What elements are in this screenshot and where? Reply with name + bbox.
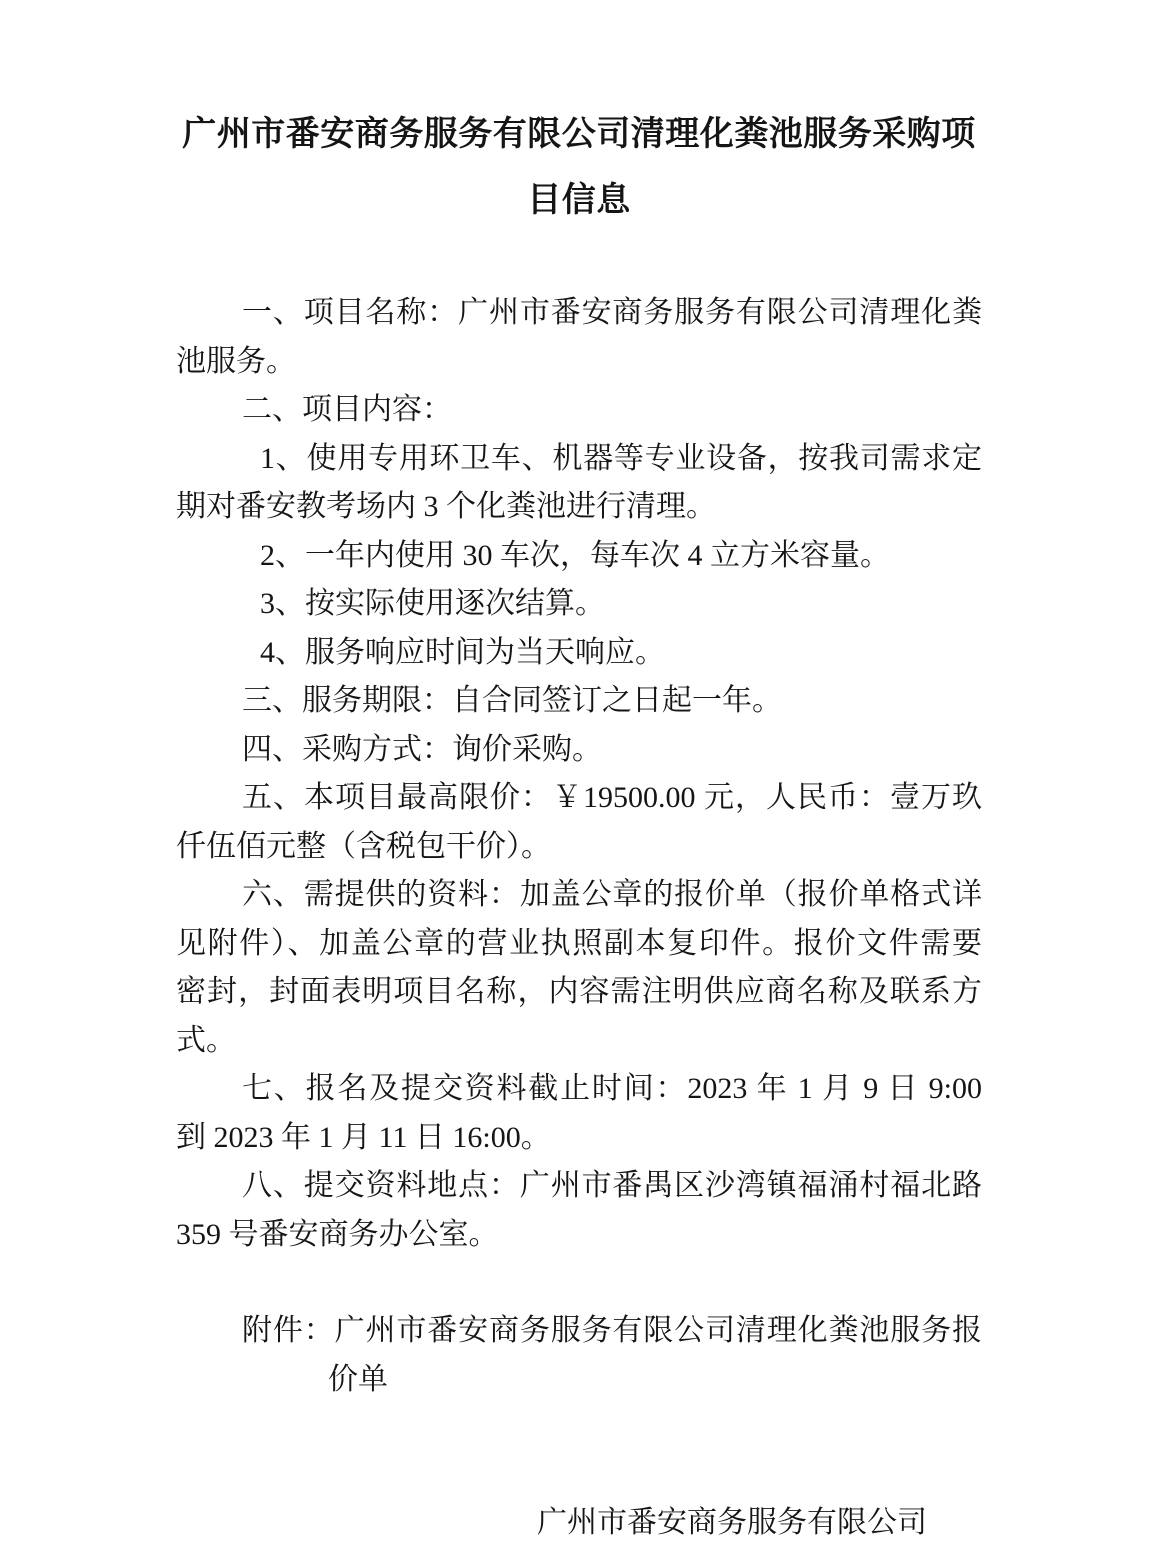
text-line: 五、本项目最高限价：￥19500.00 元，人民币：壹万玖	[176, 774, 982, 823]
text-line: 到 2023 年 1 月 11 日 16:00。	[176, 1114, 982, 1163]
text-line: 四、采购方式：询价采购。	[176, 726, 982, 775]
text-line: 4、服务响应时间为当天响应。	[176, 629, 982, 678]
text-line: 二、项目内容：	[176, 386, 982, 435]
text-line: 2、一年内使用 30 车次，每车次 4 立方米容量。	[176, 532, 982, 581]
document-title: 广州市番安商务服务有限公司清理化粪池服务采购项 目信息	[176, 102, 982, 234]
document-body: 一、项目名称：广州市番安商务服务有限公司清理化粪池服务。二、项目内容：1、使用专…	[176, 289, 982, 1404]
text-line: 见附件）、加盖公章的营业执照副本复印件。报价文件需要	[176, 920, 982, 969]
text-line: 池服务。	[176, 338, 982, 387]
signature-line: 广州市番安商务服务有限公司	[176, 1499, 982, 1547]
text-line: 3、按实际使用逐次结算。	[176, 580, 982, 629]
text-line: 仟伍佰元整（含税包干价）。	[176, 823, 982, 872]
text-line: 价单	[176, 1356, 982, 1405]
title-line-2: 目信息	[176, 168, 982, 234]
text-line: 期对番安教考场内 3 个化粪池进行清理。	[176, 483, 982, 532]
text-line: 一、项目名称：广州市番安商务服务有限公司清理化粪	[176, 289, 982, 338]
text-line: 七、报名及提交资料截止时间：2023 年 1 月 9 日 9:00	[176, 1065, 982, 1114]
text-line: 1、使用专用环卫车、机器等专业设备，按我司需求定	[176, 435, 982, 484]
text-line: 三、服务期限：自合同签订之日起一年。	[176, 677, 982, 726]
text-line: 359 号番安商务办公室。	[176, 1211, 982, 1260]
document-page: 广州市番安商务服务有限公司清理化粪池服务采购项 目信息 一、项目名称：广州市番安…	[0, 0, 1158, 1547]
text-line: 附件：广州市番安商务服务有限公司清理化粪池服务报	[176, 1307, 982, 1356]
text-line: 六、需提供的资料：加盖公章的报价单（报价单格式详	[176, 871, 982, 920]
text-line: 八、提交资料地点：广州市番禺区沙湾镇福涌村福北路	[176, 1162, 982, 1211]
text-line: 式。	[176, 1017, 982, 1066]
text-line: 密封，封面表明项目名称，内容需注明供应商名称及联系方	[176, 968, 982, 1017]
title-line-1: 广州市番安商务服务有限公司清理化粪池服务采购项	[176, 102, 982, 168]
